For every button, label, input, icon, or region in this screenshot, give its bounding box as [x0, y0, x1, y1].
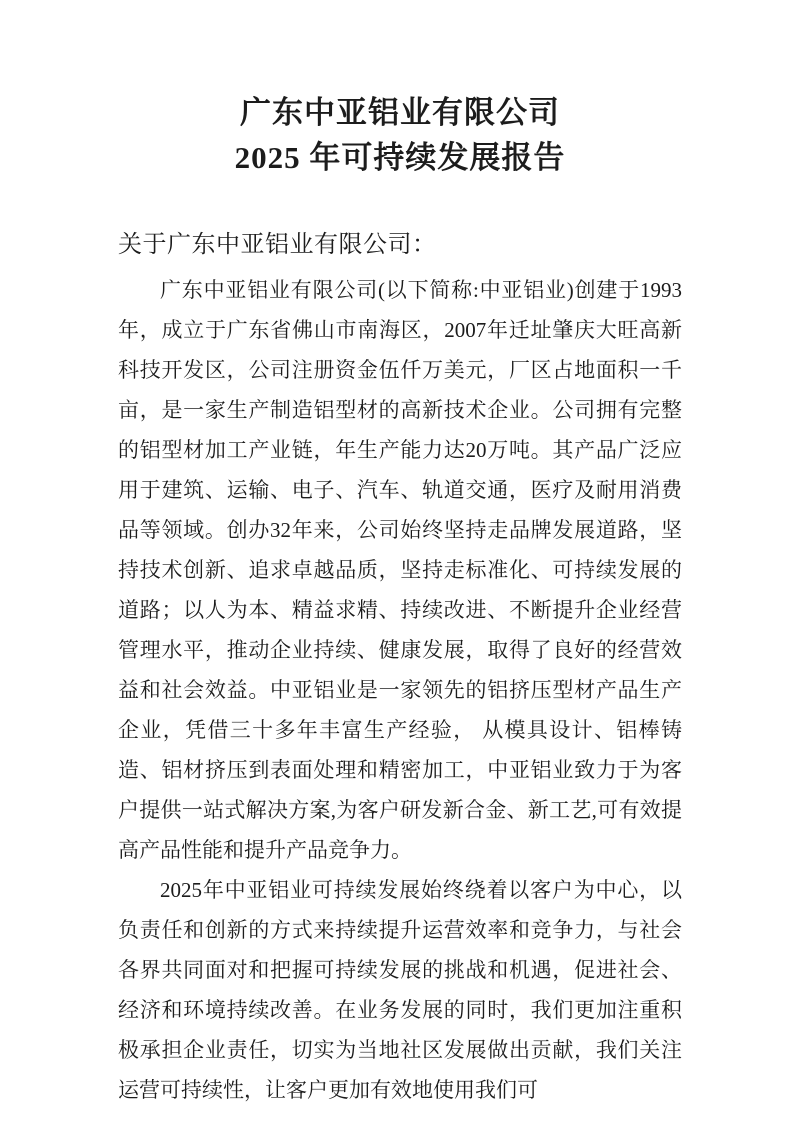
document-page: 广东中亚铝业有限公司 2025 年可持续发展报告 关于广东中亚铝业有限公司： 广…	[0, 0, 794, 1123]
paragraph-sustainability: 2025年中亚铝业可持续发展始终绕着以客户为中心，以负责任和创新的方式来持续提升…	[118, 870, 682, 1110]
document-title-line1: 广东中亚铝业有限公司	[118, 90, 682, 135]
document-title: 广东中亚铝业有限公司 2025 年可持续发展报告	[118, 90, 682, 180]
paragraph-about-company: 广东中亚铝业有限公司(以下简称:中亚铝业)创建于1993年，成立于广东省佛山市南…	[118, 270, 682, 870]
section-heading: 关于广东中亚铝业有限公司：	[118, 230, 682, 260]
document-title-line2: 2025 年可持续发展报告	[118, 135, 682, 180]
document-body: 广东中亚铝业有限公司(以下简称:中亚铝业)创建于1993年，成立于广东省佛山市南…	[118, 270, 682, 1110]
